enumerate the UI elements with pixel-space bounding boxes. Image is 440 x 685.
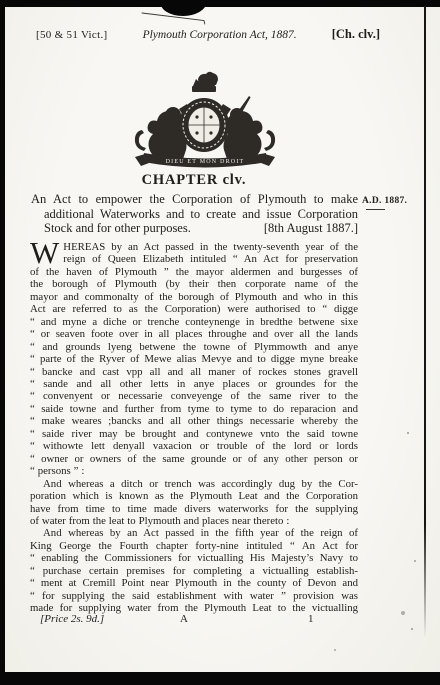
signature-mark: A [180, 613, 188, 625]
chapter-heading: CHAPTER clv. [30, 172, 358, 189]
text-line: reign of Queen Elizabeth intituled “ An … [30, 253, 358, 265]
scan-specks [407, 432, 409, 434]
text-line: “ bancke and cast vpp all and all maner … [30, 366, 358, 378]
text-line: Act are referred to as the Corporation) … [30, 303, 358, 315]
text-line: “ make weares ;bancks and all other thin… [30, 415, 358, 427]
text-line: “ saide towne and further from tyme to t… [30, 403, 358, 415]
scan-border-left [0, 0, 5, 685]
drop-cap: W [30, 241, 63, 265]
title-line: additional Waterworks and to create and … [31, 207, 358, 222]
chapter-number: [Ch. clv.] [332, 27, 380, 42]
text-line: HEREAS by an Act passed in the twenty-se… [30, 241, 358, 253]
page-number: 1 [308, 613, 314, 625]
running-header: [50 & 51 Vict.] Plymouth Corporation Act… [36, 27, 380, 42]
text-line: And whereas a ditch or trench was accord… [30, 478, 358, 490]
price-note: [Price 2s. 9d.] [40, 613, 104, 625]
text-line: King George the Fourth chapter forty-nin… [30, 540, 358, 552]
text-line: “ enabling the Commissioners for victual… [30, 552, 358, 564]
text-line: of water from the leat to Plymouth and p… [30, 515, 358, 527]
text-line: And whereas by an Act passed in the fift… [30, 527, 358, 539]
text-line: “ for supplying the said establishment w… [30, 590, 358, 602]
body-paragraphs: WHEREAS by an Act passed in the twenty-s… [30, 241, 358, 615]
text-line: “ withowte lett denyall vaxacion or trou… [30, 440, 358, 452]
text-line: “ owner or owners of the same grounde or… [30, 453, 358, 465]
title-line: Stock and for other purposes. [8th Augus… [31, 221, 358, 236]
text-line: “ and grounds lyeng betwene the towne of… [30, 341, 358, 353]
title-line-left: Stock and for other purposes. [44, 221, 191, 236]
text-line: poration which is known as the Plymouth … [30, 490, 358, 502]
regnal-year: [50 & 51 Vict.] [36, 29, 107, 41]
scanned-act-page: [50 & 51 Vict.] Plymouth Corporation Act… [0, 0, 440, 685]
margin-note-rule [366, 209, 385, 210]
text-line: mayor and commonalty of the borough of P… [30, 291, 358, 303]
act-short-title: Plymouth Corporation Act, 1887. [143, 29, 297, 41]
text-line: “ and myne a diche or trenche conteyneng… [30, 316, 358, 328]
title-line: An Act to empower the Corporation of Ply… [31, 192, 358, 207]
margin-note-year: A.D. 1887. [362, 196, 407, 206]
text-line: have from time to time made divers water… [30, 503, 358, 515]
text-line: “ saide river may be brought and contyne… [30, 428, 358, 440]
scan-border-bottom [0, 672, 440, 685]
paragraph: WHEREAS by an Act passed in the twenty-s… [30, 241, 358, 478]
scan-edge-right [424, 6, 426, 638]
text-line: “ sande and all other letts in anye plac… [30, 378, 358, 390]
text-line: of the haven of Plymouth ” the mayor ald… [30, 266, 358, 278]
scan-border-top [0, 0, 440, 7]
pen-stroke [138, 10, 212, 26]
text-line: “ parte of the Ryver of Mewe alias Mevye… [30, 353, 358, 365]
royal-coat-of-arms-icon: DIEU ET MON DROIT [124, 69, 286, 169]
paragraph: And whereas by an Act passed in the fift… [30, 527, 358, 614]
text-line: “ ment at Cremill Point near Plymouth in… [30, 577, 358, 589]
paragraph: And whereas a ditch or trench was accord… [30, 478, 358, 528]
page-footer: [Price 2s. 9d.] A 1 [30, 613, 358, 627]
text-line: “ convenyent or necessarie conveyenge of… [30, 390, 358, 402]
act-long-title: An Act to empower the Corporation of Ply… [31, 192, 358, 236]
text-line: “ persons ” : [30, 465, 358, 477]
crest-motto: DIEU ET MON DROIT [166, 159, 245, 165]
royal-assent-date: [8th August 1887.] [264, 221, 358, 236]
text-line: the borough of Plymouth (by their then c… [30, 278, 358, 290]
text-line: “ purchase certain premises for completi… [30, 565, 358, 577]
text-line: “ or seaven foote over in all places thr… [30, 328, 358, 340]
margin-note: A.D. 1887. [362, 196, 416, 210]
